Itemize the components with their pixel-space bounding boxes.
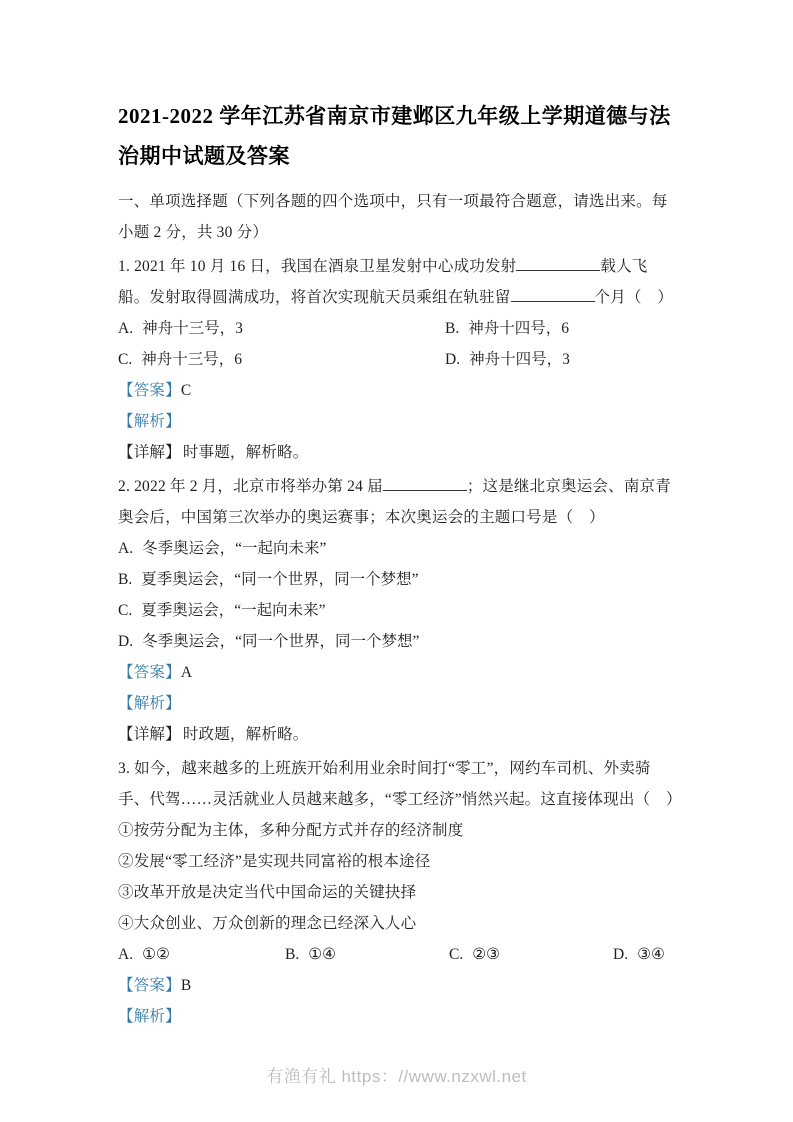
option-d: D.冬季奥运会，“同一个世界，同一个梦想” xyxy=(118,626,677,657)
analysis-label: 【解析】 xyxy=(118,413,181,430)
detail-line: 【详解】时事题，解析略。 xyxy=(118,437,677,468)
options-group: A.冬季奥运会，“一起向未来”B.夏季奥运会，“同一个世界，同一个梦想”C.夏季… xyxy=(118,533,677,657)
question-stem: 3. 如今，越来越多的上班族开始利用业余时间打“零工”，网约车司机、外卖骑手、代… xyxy=(118,753,677,815)
detail-label: 【详解】 xyxy=(118,444,181,461)
option-label: D. xyxy=(118,633,133,650)
option-label: B. xyxy=(118,571,132,588)
answer-value: B xyxy=(181,977,192,994)
watermark-footer: 有渔有礼 https：//www.nzxwl.net xyxy=(0,1062,793,1087)
statement-item-2: ②发展“零工经济”是实现共同富裕的根本途径 xyxy=(118,846,677,877)
answer-value: A xyxy=(181,664,192,681)
option-label: B. xyxy=(285,946,299,963)
option-a: A.神舟十三号，3 xyxy=(118,313,445,344)
blank-line xyxy=(511,287,595,302)
question-block-1: 1. 2021 年 10 月 16 日，我国在酒泉卫星发射中心成功发射载人飞船。… xyxy=(118,251,677,468)
option-text: 冬季奥运会，“同一个世界，同一个梦想” xyxy=(142,633,419,650)
stem-text: 个月（ ） xyxy=(595,289,674,306)
answer-line: 【答案】A xyxy=(118,657,677,688)
option-b: B.夏季奥运会，“同一个世界，同一个梦想” xyxy=(118,564,677,595)
option-label: C. xyxy=(118,602,132,619)
option-text: 夏季奥运会，“同一个世界，同一个梦想” xyxy=(141,571,418,588)
detail-line: 【详解】时政题，解析略。 xyxy=(118,719,677,750)
option-label: D. xyxy=(613,946,628,963)
options-group: A.神舟十三号，3B.神舟十四号，6C.神舟十三号，6D.神舟十四号，3 xyxy=(118,313,677,375)
questions-container: 1. 2021 年 10 月 16 日，我国在酒泉卫星发射中心成功发射载人飞船。… xyxy=(118,251,677,1032)
option-text: 神舟十三号，3 xyxy=(142,320,243,337)
option-text: ①② xyxy=(142,946,170,963)
option-text: ②③ xyxy=(472,946,500,963)
statement-item-3: ③改革开放是决定当代中国命运的关键抉择 xyxy=(118,877,677,908)
option-b: B.①④ xyxy=(285,939,449,970)
answer-label: 【答案】 xyxy=(118,977,181,994)
option-d: D.③④ xyxy=(613,939,677,970)
analysis-line: 【解析】 xyxy=(118,688,677,719)
statement-item-1: ①按劳分配为主体，多种分配方式并存的经济制度 xyxy=(118,815,677,846)
option-c: C.夏季奥运会，“一起向未来” xyxy=(118,595,677,626)
blank-line xyxy=(383,476,467,491)
option-c: C.神舟十三号，6 xyxy=(118,344,445,375)
question-stem: 2. 2022 年 2 月，北京市将举办第 24 届；这是继北京奥运会、南京青奥… xyxy=(118,471,677,533)
answer-label: 【答案】 xyxy=(118,664,181,681)
answer-label: 【答案】 xyxy=(118,382,181,399)
document-title: 2021-2022 学年江苏省南京市建邺区九年级上学期道德与法治期中试题及答案 xyxy=(118,96,677,176)
option-a: A.①② xyxy=(118,939,285,970)
option-label: A. xyxy=(118,540,133,557)
section-heading: 一、单项选择题（下列各题的四个选项中，只有一项最符合题意，请选出来。每小题 2 … xyxy=(118,186,677,248)
option-a: A.冬季奥运会，“一起向未来” xyxy=(118,533,677,564)
document-page: 2021-2022 学年江苏省南京市建邺区九年级上学期道德与法治期中试题及答案 … xyxy=(0,0,793,1122)
option-text: 冬季奥运会，“一起向未来” xyxy=(142,540,326,557)
stem-text: 3. 如今，越来越多的上班族开始利用业余时间打“零工”，网约车司机、外卖骑手、代… xyxy=(118,760,682,808)
option-text: ①④ xyxy=(308,946,336,963)
statement-item-4: ④大众创业、万众创新的理念已经深入人心 xyxy=(118,908,677,939)
option-label: C. xyxy=(118,351,132,368)
stem-text: 2. 2022 年 2 月，北京市将举办第 24 届 xyxy=(118,478,383,495)
blank-line xyxy=(516,256,600,271)
option-text: 神舟十四号，3 xyxy=(469,351,570,368)
option-label: A. xyxy=(118,946,133,963)
option-text: 夏季奥运会，“一起向未来” xyxy=(141,602,325,619)
option-text: 神舟十四号，6 xyxy=(468,320,569,337)
option-label: B. xyxy=(445,320,459,337)
option-label: D. xyxy=(445,351,460,368)
option-text: ③④ xyxy=(637,946,665,963)
detail-label: 【详解】 xyxy=(118,726,181,743)
answer-line: 【答案】C xyxy=(118,375,677,406)
stem-text: 1. 2021 年 10 月 16 日，我国在酒泉卫星发射中心成功发射 xyxy=(118,258,516,275)
answer-line: 【答案】B xyxy=(118,970,677,1001)
answer-value: C xyxy=(181,382,192,399)
analysis-line: 【解析】 xyxy=(118,1001,677,1032)
question-stem: 1. 2021 年 10 月 16 日，我国在酒泉卫星发射中心成功发射载人飞船。… xyxy=(118,251,677,313)
option-text: 神舟十三号，6 xyxy=(141,351,242,368)
question-block-3: 3. 如今，越来越多的上班族开始利用业余时间打“零工”，网约车司机、外卖骑手、代… xyxy=(118,753,677,1032)
analysis-label: 【解析】 xyxy=(118,1008,181,1025)
detail-text: 时事题，解析略。 xyxy=(183,444,309,461)
option-d: D.神舟十四号，3 xyxy=(445,344,677,375)
question-block-2: 2. 2022 年 2 月，北京市将举办第 24 届；这是继北京奥运会、南京青奥… xyxy=(118,471,677,750)
analysis-line: 【解析】 xyxy=(118,406,677,437)
option-c: C.②③ xyxy=(449,939,613,970)
detail-text: 时政题，解析略。 xyxy=(183,726,309,743)
analysis-label: 【解析】 xyxy=(118,695,181,712)
option-label: C. xyxy=(449,946,463,963)
option-label: A. xyxy=(118,320,133,337)
option-b: B.神舟十四号，6 xyxy=(445,313,677,344)
options-group: A.①②B.①④C.②③D.③④ xyxy=(118,939,677,970)
